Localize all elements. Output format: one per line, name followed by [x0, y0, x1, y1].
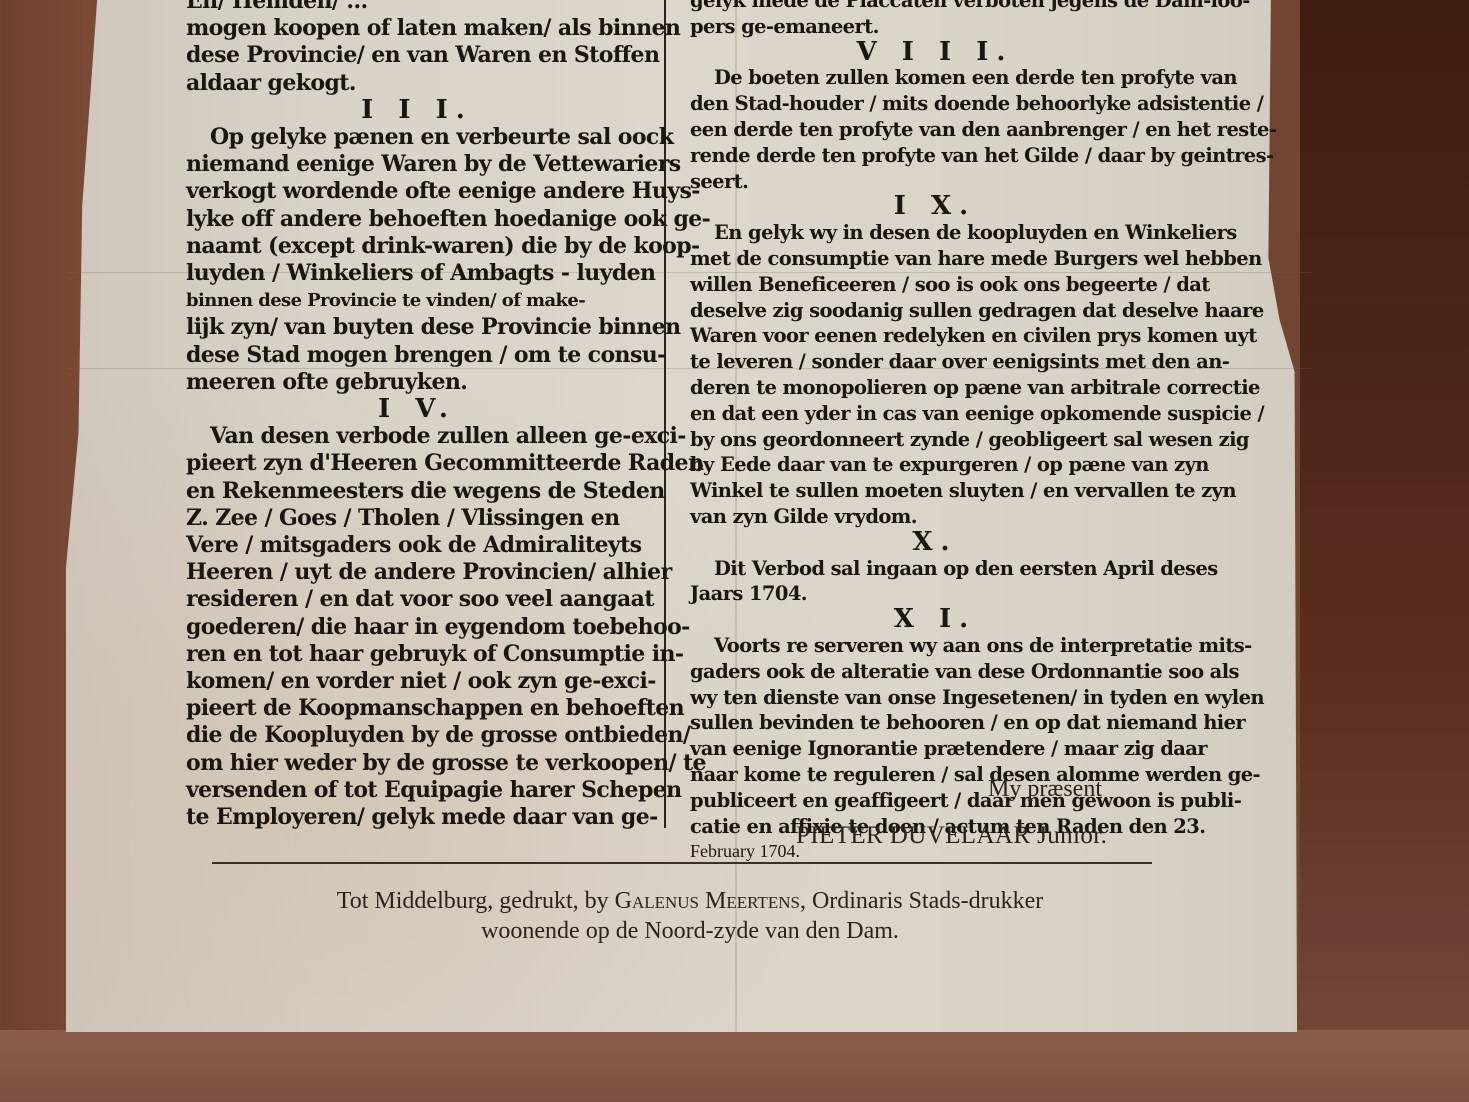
- imprint-suffix: , Ordinaris Stads-drukker: [800, 888, 1043, 914]
- text-line: en Rekenmeesters die wegens de Steden: [186, 478, 648, 505]
- text-line: te Employeren/ gelyk mede daar van ge-: [186, 804, 648, 831]
- wood-table-background-bottom: [0, 1030, 1469, 1102]
- text-line: pers ge-emaneert.: [690, 14, 1180, 40]
- text-line: van zyn Gilde vrydom.: [690, 504, 1180, 530]
- text-line: En gelyk wy in desen de koopluyden en Wi…: [690, 220, 1180, 246]
- text-line: lyke off andere behoeften hoedanige ook …: [186, 206, 648, 233]
- text-line: willen Beneficeeren / soo is ook ons beg…: [690, 272, 1180, 298]
- text-line: En/ Hemden/ ...: [186, 0, 648, 15]
- horizontal-rule: [212, 862, 1152, 864]
- wood-table-background-right: [1300, 0, 1469, 1102]
- text-line: by Eede daar van te expurgeren / op pæne…: [690, 452, 1180, 478]
- text-line: Voorts re serveren wy aan ons de interpr…: [690, 633, 1180, 659]
- text-line: pieert de Koopmanschappen en behoeften: [186, 695, 648, 722]
- text-line: een derde ten profyte van den aanbrenger…: [690, 117, 1180, 143]
- imprint-line-1: Tot Middelburg, gedrukt, by Galenus Meer…: [200, 888, 1180, 915]
- text-line: mogen koopen of laten maken/ als binnen: [186, 15, 648, 42]
- text-line: den Stad-houder / mits doende behoorlyke…: [690, 91, 1180, 117]
- section-heading: X.: [690, 530, 1180, 556]
- section-heading: X I.: [690, 607, 1180, 633]
- text-line: Z. Zee / Goes / Tholen / Vlissingen en: [186, 505, 648, 532]
- text-line: en dat een yder in cas van eenige opkome…: [690, 401, 1180, 427]
- printer-name: Galenus Meertens: [615, 888, 800, 914]
- text-line: van eenige Ignorantie prætendere / maar …: [690, 736, 1180, 762]
- section-heading: I X.: [690, 194, 1180, 220]
- text-line: dese Provincie/ en van Waren en Stoffen: [186, 42, 648, 69]
- text-line: verkogt wordende ofte eenige andere Huys…: [186, 178, 648, 205]
- text-line: Waren voor eenen redelyken en civilen pr…: [690, 323, 1180, 349]
- text-line: binnen dese Provincie te vinden/ of make…: [186, 287, 648, 314]
- text-line: Van desen verbode zullen alleen ge-exci-: [186, 423, 648, 450]
- text-line: te leveren / sonder daar over eenigsints…: [690, 349, 1180, 375]
- text-line: De boeten zullen komen een derde ten pro…: [690, 65, 1180, 91]
- text-line: ren en tot haar gebruyk of Consumptie in…: [186, 641, 648, 668]
- text-line: luyden / Winkeliers of Ambagts - luyden: [186, 260, 648, 287]
- signature-present-label: My præsent: [988, 776, 1102, 803]
- imprint-line-2: woonende op de Noord-zyde van den Dam.: [200, 918, 1180, 945]
- text-line: met de consumptie van hare mede Burgers …: [690, 246, 1180, 272]
- section-heading: I V.: [186, 396, 648, 423]
- text-line: gelyk mede de Placcaten verboten jegens …: [690, 0, 1180, 14]
- left-column: En/ Hemden/ ... mogen koopen of laten ma…: [186, 0, 648, 831]
- text-line: Vere / mitsgaders ook de Admiraliteyts: [186, 532, 648, 559]
- text-line: publiceert en geaffigeert / daar men gew…: [690, 788, 1180, 814]
- text-line: deselve zig soodanig sullen gedragen dat…: [690, 298, 1180, 324]
- imprint-prefix: Tot Middelburg, gedrukt, by: [337, 888, 615, 914]
- text-line: Op gelyke pænen en verbeurte sal oock: [186, 124, 648, 151]
- text-line: om hier weder by de grosse te verkoopen/…: [186, 750, 648, 777]
- section-heading: V I I I.: [690, 40, 1180, 66]
- section-heading: I I I.: [186, 97, 648, 124]
- text-line: sullen bevinden te behooren / en op dat …: [690, 710, 1180, 736]
- text-line: aldaar gekogt.: [186, 70, 648, 97]
- text-line: Dit Verbod sal ingaan op den eersten Apr…: [690, 556, 1180, 582]
- text-line: goederen/ die haar in eygendom toebehoo-: [186, 614, 648, 641]
- text-line: niemand eenige Waren by de Vettewariers: [186, 151, 648, 178]
- text-line: wy ten dienste van onse Ingesetenen/ in …: [690, 685, 1180, 711]
- text-line: by ons geordonneert zynde / geobligeert …: [690, 427, 1180, 453]
- text-line: naar kome te reguleren / sal desen alomm…: [690, 762, 1180, 788]
- text-line: gaders ook de alteratie van dese Ordonna…: [690, 659, 1180, 685]
- text-line: versenden of tot Equipagie harer Schepen: [186, 777, 648, 804]
- text-line: dese Stad mogen brengen / om te consu-: [186, 342, 648, 369]
- text-line: meeren ofte gebruyken.: [186, 369, 648, 396]
- text-line: deren te monopolieren op pæne van arbitr…: [690, 375, 1180, 401]
- text-line: Winkel te sullen moeten sluyten / en ver…: [690, 478, 1180, 504]
- right-column: gelyk mede de Placcaten verboten jegens …: [690, 0, 1180, 865]
- text-line: pieert zyn d'Heeren Gecommitteerde Raden: [186, 450, 648, 477]
- signature-name: PIETER DUVELAAR Junior.: [796, 822, 1107, 850]
- text-line: rende derde ten profyte van het Gilde / …: [690, 143, 1180, 169]
- text-line: resideren / en dat voor soo veel aangaat: [186, 586, 648, 613]
- text-line: Heeren / uyt de andere Provincien/ alhie…: [186, 559, 648, 586]
- text-line: die de Koopluyden by de grosse ontbieden…: [186, 722, 648, 749]
- text-line: komen/ en vorder niet / ook zyn ge-exci-: [186, 668, 648, 695]
- text-line: naamt (except drink-waren) die by de koo…: [186, 233, 648, 260]
- text-line: lijk zyn/ van buyten dese Provincie binn…: [186, 314, 648, 341]
